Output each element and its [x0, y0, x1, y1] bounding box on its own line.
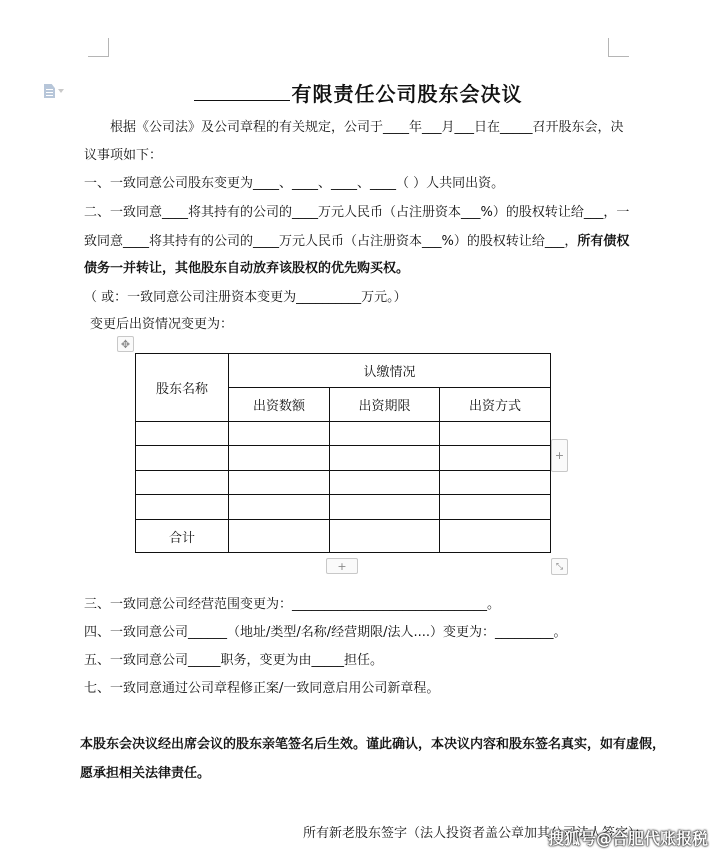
item-7: 七、一致同意通过公司章程修正案/一致同意启用公司新章程。	[84, 680, 644, 698]
table-move-handle-icon[interactable]: ✥	[117, 336, 134, 352]
header-subscription: 认缴情况	[229, 354, 551, 388]
table-cell[interactable]	[330, 471, 440, 495]
table-cell[interactable]	[440, 446, 551, 471]
alt-capital-line: （ 或：一致同意公司注册资本变更为__________万元。）	[84, 289, 644, 307]
table-cell[interactable]	[229, 446, 330, 471]
table-cell[interactable]	[330, 446, 440, 471]
document-title: 有限责任公司股东会决议	[0, 78, 716, 107]
watermark: 搜狐号@合肥代账报税	[548, 826, 708, 849]
total-label: 合计	[136, 520, 229, 553]
table-row	[136, 422, 551, 446]
table-cell[interactable]	[136, 495, 229, 520]
item-2-line-2-normal: 致同意____将其持有的公司的____万元人民币（占注册资本___%）的股权转让…	[84, 234, 577, 249]
table-resize-handle-icon[interactable]: ⤡	[551, 558, 568, 575]
item-3: 三、一致同意公司经营范围变更为：________________________…	[84, 596, 644, 614]
table-row	[136, 446, 551, 471]
closing-line-2: 愿承担相关法律责任。	[80, 765, 640, 783]
item-2-line-2: 致同意____将其持有的公司的____万元人民币（占注册资本___%）的股权转让…	[84, 233, 644, 251]
page-corner-top-right	[608, 38, 629, 57]
table-cell[interactable]	[330, 520, 440, 553]
table-cell[interactable]	[229, 495, 330, 520]
header-shareholder-name: 股东名称	[136, 354, 229, 422]
add-column-button[interactable]: +	[551, 439, 568, 472]
table-cell[interactable]	[229, 471, 330, 495]
table-cell[interactable]	[136, 446, 229, 471]
header-method: 出资方式	[440, 388, 551, 422]
table-cell[interactable]	[136, 422, 229, 446]
table-row	[136, 495, 551, 520]
item-1: 一、一致同意公司股东变更为____、____、____、____（ ）人共同出资…	[84, 175, 644, 193]
item-4: 四、一致同意公司______（地址/类型/名称/经营期限/法人....）变更为：…	[84, 624, 644, 642]
capital-table: 股东名称 认缴情况 出资数额 出资期限 出资方式 合计	[135, 353, 551, 553]
table-cell[interactable]	[440, 495, 551, 520]
table-cell[interactable]	[330, 422, 440, 446]
intro-line-2: 议事项如下：	[84, 147, 644, 165]
table-total-row: 合计	[136, 520, 551, 553]
title-text: 有限责任公司股东会决议	[292, 82, 523, 106]
table-cell[interactable]	[440, 520, 551, 553]
add-row-button[interactable]: +	[326, 558, 358, 574]
closing-line-1: 本股东会决议经出席会议的股东亲笔签名后生效。谨此确认，本决议内容和股东签名真实，…	[80, 736, 640, 754]
table-cell[interactable]	[330, 495, 440, 520]
page-corner-top-left	[88, 38, 109, 57]
item-5: 五、一致同意公司_____职务，变更为由_____担任。	[84, 652, 644, 670]
table-cell[interactable]	[440, 422, 551, 446]
table-cell[interactable]	[229, 422, 330, 446]
table-cell[interactable]	[229, 520, 330, 553]
intro-line-1: 根据《公司法》及公司章程的有关规定，公司于____年___月___日在_____…	[110, 119, 670, 137]
item-2-line-3: 债务一并转让，其他股东自动放弃该股权的优先购买权。	[84, 260, 644, 278]
item-2-line-1: 二、一致同意____将其持有的公司的____万元人民币（占注册资本___%）的股…	[84, 204, 644, 222]
header-amount: 出资数额	[229, 388, 330, 422]
item-2-line-2-bold: 所有债权	[577, 234, 629, 249]
company-name-blank	[194, 82, 290, 101]
table-cell[interactable]	[440, 471, 551, 495]
table-cell[interactable]	[136, 471, 229, 495]
table-intro: 变更后出资情况变更为：	[90, 316, 650, 334]
table-row	[136, 471, 551, 495]
header-deadline: 出资期限	[330, 388, 440, 422]
